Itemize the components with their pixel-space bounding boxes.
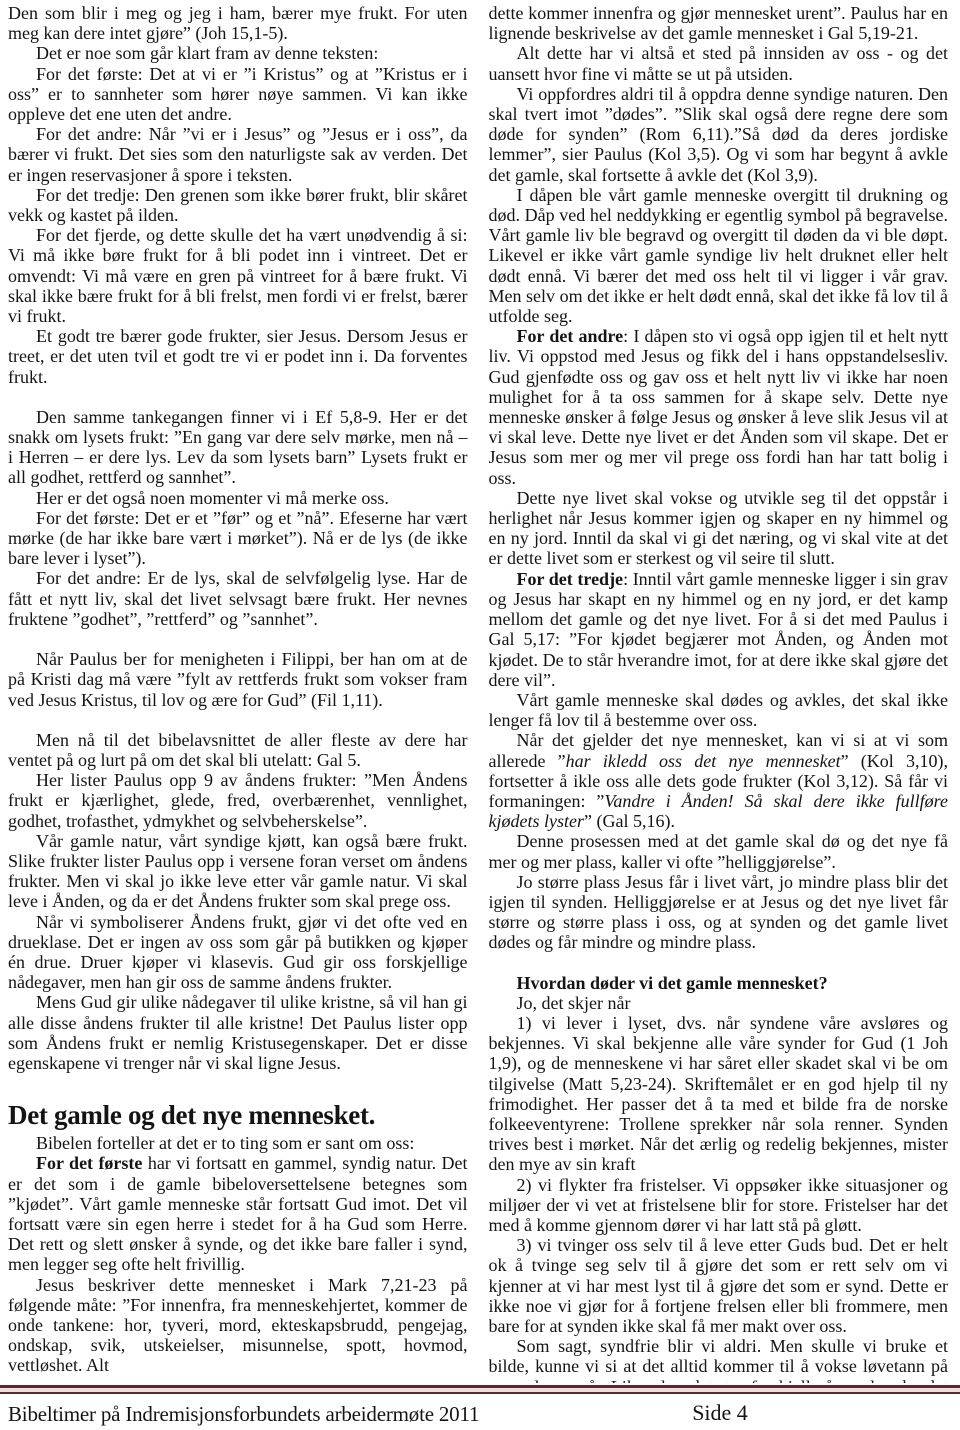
paragraph: Her lister Paulus opp 9 av åndens frukte…	[8, 770, 468, 831]
paragraph-gap	[489, 953, 949, 973]
paragraph: Når det gjelder det nye mennesket, kan v…	[489, 730, 949, 831]
paragraph-gap	[8, 1073, 468, 1093]
document-page: Den som blir i meg og jeg i ham, bærer m…	[0, 0, 960, 1430]
text-columns: Den som blir i meg og jeg i ham, bærer m…	[8, 3, 948, 1383]
paragraph: 1) vi lever i lyset, dvs. når syndene vå…	[489, 1013, 949, 1175]
paragraph: Når vi symboliserer Åndens frukt, gjør v…	[8, 912, 468, 993]
paragraph: Den som blir i meg og jeg i ham, bærer m…	[8, 3, 468, 43]
paragraph: For det tredje: Den grenen som ikke børe…	[8, 185, 468, 225]
footer-document-title: Bibeltimer på Indremisjonsforbundets arb…	[8, 1402, 479, 1427]
paragraph: Når Paulus ber for menigheten i Filippi,…	[8, 649, 468, 710]
paragraph: Hvordan døder vi det gamle mennesket?	[489, 973, 949, 993]
paragraph-gap	[8, 387, 468, 407]
paragraph: I dåpen ble vårt gamle menneske overgitt…	[489, 185, 949, 326]
left-column: Den som blir i meg og jeg i ham, bærer m…	[8, 3, 468, 1383]
paragraph: dette kommer innenfra og gjør mennesket …	[489, 3, 949, 43]
paragraph: For det fjerde, og dette skulle det ha v…	[8, 225, 468, 326]
paragraph: Det er noe som går klart fram av denne t…	[8, 43, 468, 63]
footer-divider-rule	[0, 1385, 960, 1394]
paragraph: Dette nye livet skal vokse og utvikle se…	[489, 488, 949, 569]
paragraph: For det første: Det at vi er ”i Kristus”…	[8, 64, 468, 125]
footer-page-number: Side 4	[640, 1400, 800, 1426]
paragraph: For det tredje: Inntil vårt gamle mennes…	[489, 569, 949, 690]
paragraph-gap	[8, 629, 468, 649]
paragraph: For det andre: Når ”vi er i Jesus” og ”J…	[8, 124, 468, 185]
paragraph-gap	[8, 710, 468, 730]
paragraph: Her er det også noen momenter vi må merk…	[8, 488, 468, 508]
paragraph: Alt dette har vi altså et sted på innsid…	[489, 43, 949, 83]
paragraph: For det første: Det er et ”før” og et ”n…	[8, 508, 468, 569]
paragraph: 3) vi tvinger oss selv til å leve etter …	[489, 1235, 949, 1336]
paragraph: Den samme tankegangen finner vi i Ef 5,8…	[8, 407, 468, 488]
paragraph: Men nå til det bibelavsnittet de aller f…	[8, 730, 468, 770]
paragraph: Mens Gud gir ulike nådegaver til ulike k…	[8, 992, 468, 1073]
section-heading: Det gamle og det nye mennesket.	[8, 1100, 468, 1130]
paragraph: Et godt tre bærer gode frukter, sier Jes…	[8, 326, 468, 387]
paragraph: For det andre: I dåpen sto vi også opp i…	[489, 326, 949, 488]
paragraph: Jesus beskriver dette mennesket i Mark 7…	[8, 1275, 468, 1376]
paragraph: For det første har vi fortsatt en gammel…	[8, 1153, 468, 1274]
paragraph: Jo, det skjer når	[489, 993, 949, 1013]
right-column: dette kommer innenfra og gjør mennesket …	[489, 3, 949, 1383]
paragraph: Bibelen forteller at det er to ting som …	[8, 1133, 468, 1153]
paragraph: For det andre: Er de lys, skal de selvfø…	[8, 568, 468, 629]
paragraph: Som sagt, syndfrie blir vi aldri. Men sk…	[489, 1336, 949, 1383]
paragraph: 2) vi flykter fra fristelser. Vi oppsøke…	[489, 1175, 949, 1236]
page-footer: Bibeltimer på Indremisjonsforbundets arb…	[0, 1398, 960, 1430]
paragraph: Vårt gamle menneske skal dødes og avkles…	[489, 690, 949, 730]
paragraph: Denne prosessen med at det gamle skal dø…	[489, 831, 949, 871]
paragraph: Jo større plass Jesus får i livet vårt, …	[489, 872, 949, 953]
paragraph: Vi oppfordres aldri til å oppdra denne s…	[489, 84, 949, 185]
paragraph: Vår gamle natur, vårt syndige kjøtt, kan…	[8, 831, 468, 912]
